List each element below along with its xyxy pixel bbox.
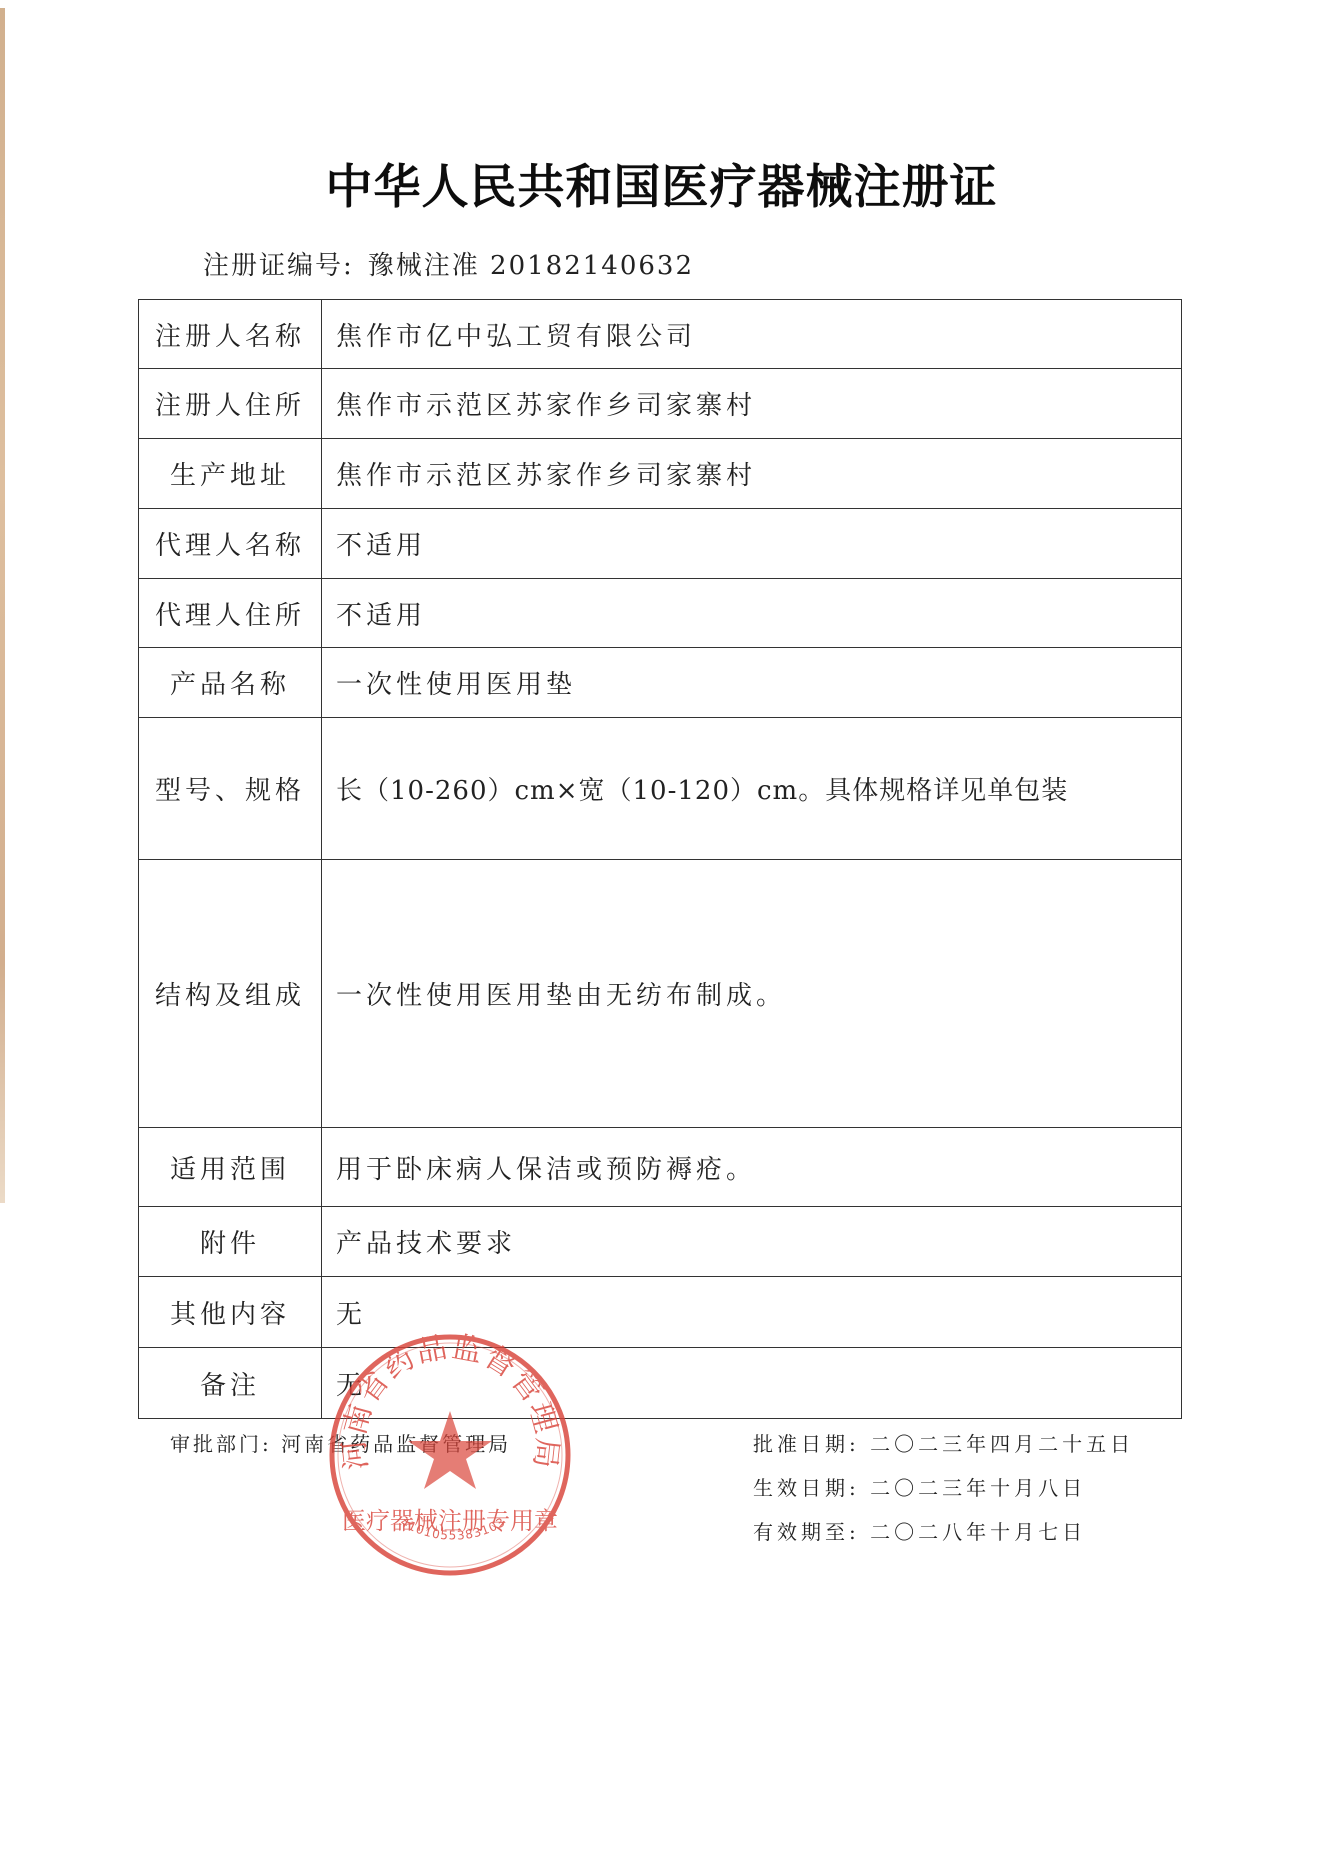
table-row: 生产地址 焦作市示范区苏家作乡司家寨村 — [139, 439, 1182, 509]
table-row: 产品名称 一次性使用医用垫 — [139, 648, 1182, 718]
field-value: 无 — [322, 1277, 1182, 1348]
date-value: 二〇二三年十月八日 — [870, 1476, 1086, 1500]
table-row: 结构及组成 一次性使用医用垫由无纺布制成。 — [139, 860, 1182, 1128]
table-row: 注册人名称 焦作市亿中弘工贸有限公司 — [139, 300, 1182, 369]
table-row: 适用范围 用于卧床病人保洁或预防褥疮。 — [139, 1128, 1182, 1207]
field-value: 产品技术要求 — [322, 1207, 1182, 1277]
field-label: 代理人名称 — [139, 509, 322, 579]
field-value: 无 — [322, 1348, 1182, 1419]
field-value: 不适用 — [322, 509, 1182, 579]
field-label: 适用范围 — [139, 1128, 322, 1207]
field-label: 型号、规格 — [139, 718, 322, 860]
expiry-date: 有效期至: 二〇二八年十月七日 — [753, 1516, 1134, 1560]
approval-department-label: 审批部门: — [170, 1432, 272, 1456]
document-title: 中华人民共和国医疗器械注册证 — [0, 150, 1323, 217]
field-label: 代理人住所 — [139, 579, 322, 648]
field-value: 不适用 — [322, 579, 1182, 648]
field-value: 焦作市示范区苏家作乡司家寨村 — [322, 369, 1182, 439]
table-row: 代理人名称 不适用 — [139, 509, 1182, 579]
effective-date: 生效日期: 二〇二三年十月八日 — [753, 1472, 1134, 1516]
field-value: 焦作市亿中弘工贸有限公司 — [322, 300, 1182, 369]
certificate-table: 注册人名称 焦作市亿中弘工贸有限公司 注册人住所 焦作市示范区苏家作乡司家寨村 … — [138, 299, 1182, 1419]
field-label: 附件 — [139, 1207, 322, 1277]
seal-serial: 4101055383103 — [398, 1515, 508, 1543]
field-label: 备注 — [139, 1348, 322, 1419]
seal-inner-text: 医疗器械注册专用章 — [342, 1507, 558, 1535]
date-label: 有效期至: — [753, 1520, 860, 1544]
table-row: 其他内容 无 — [139, 1277, 1182, 1348]
table-row: 型号、规格 长（10-260）cm×宽（10-120）cm。具体规格详见单包装 — [139, 718, 1182, 860]
field-label: 注册人名称 — [139, 300, 322, 369]
date-value: 二〇二八年十月七日 — [870, 1520, 1086, 1544]
date-value: 二〇二三年四月二十五日 — [870, 1432, 1134, 1456]
field-value: 用于卧床病人保洁或预防褥疮。 — [322, 1128, 1182, 1207]
date-label: 生效日期: — [753, 1476, 860, 1500]
registration-number-label: 注册证编号: — [203, 251, 354, 281]
field-value: 一次性使用医用垫 — [322, 648, 1182, 718]
approval-department: 审批部门: 河南省药品监督管理局 — [170, 1428, 511, 1457]
field-value: 焦作市示范区苏家作乡司家寨村 — [322, 439, 1182, 509]
registration-number: 注册证编号:豫械注准 20182140632 — [203, 245, 694, 282]
field-value: 长（10-260）cm×宽（10-120）cm。具体规格详见单包装 — [322, 718, 1182, 860]
table-row: 代理人住所 不适用 — [139, 579, 1182, 648]
approval-date: 批准日期: 二〇二三年四月二十五日 — [753, 1428, 1134, 1472]
field-label: 注册人住所 — [139, 369, 322, 439]
svg-text:4101055383103: 4101055383103 — [398, 1515, 508, 1543]
field-label: 产品名称 — [139, 648, 322, 718]
date-block: 批准日期: 二〇二三年四月二十五日 生效日期: 二〇二三年十月八日 有效期至: … — [753, 1428, 1134, 1560]
table-row: 注册人住所 焦作市示范区苏家作乡司家寨村 — [139, 369, 1182, 439]
table-row: 备注 无 — [139, 1348, 1182, 1419]
field-label: 其他内容 — [139, 1277, 322, 1348]
table-row: 附件 产品技术要求 — [139, 1207, 1182, 1277]
field-label: 结构及组成 — [139, 860, 322, 1128]
field-value: 一次性使用医用垫由无纺布制成。 — [322, 860, 1182, 1128]
field-label: 生产地址 — [139, 439, 322, 509]
approval-department-value: 河南省药品监督管理局 — [281, 1432, 511, 1456]
registration-number-value: 豫械注准 20182140632 — [368, 251, 694, 281]
date-label: 批准日期: — [753, 1432, 860, 1456]
